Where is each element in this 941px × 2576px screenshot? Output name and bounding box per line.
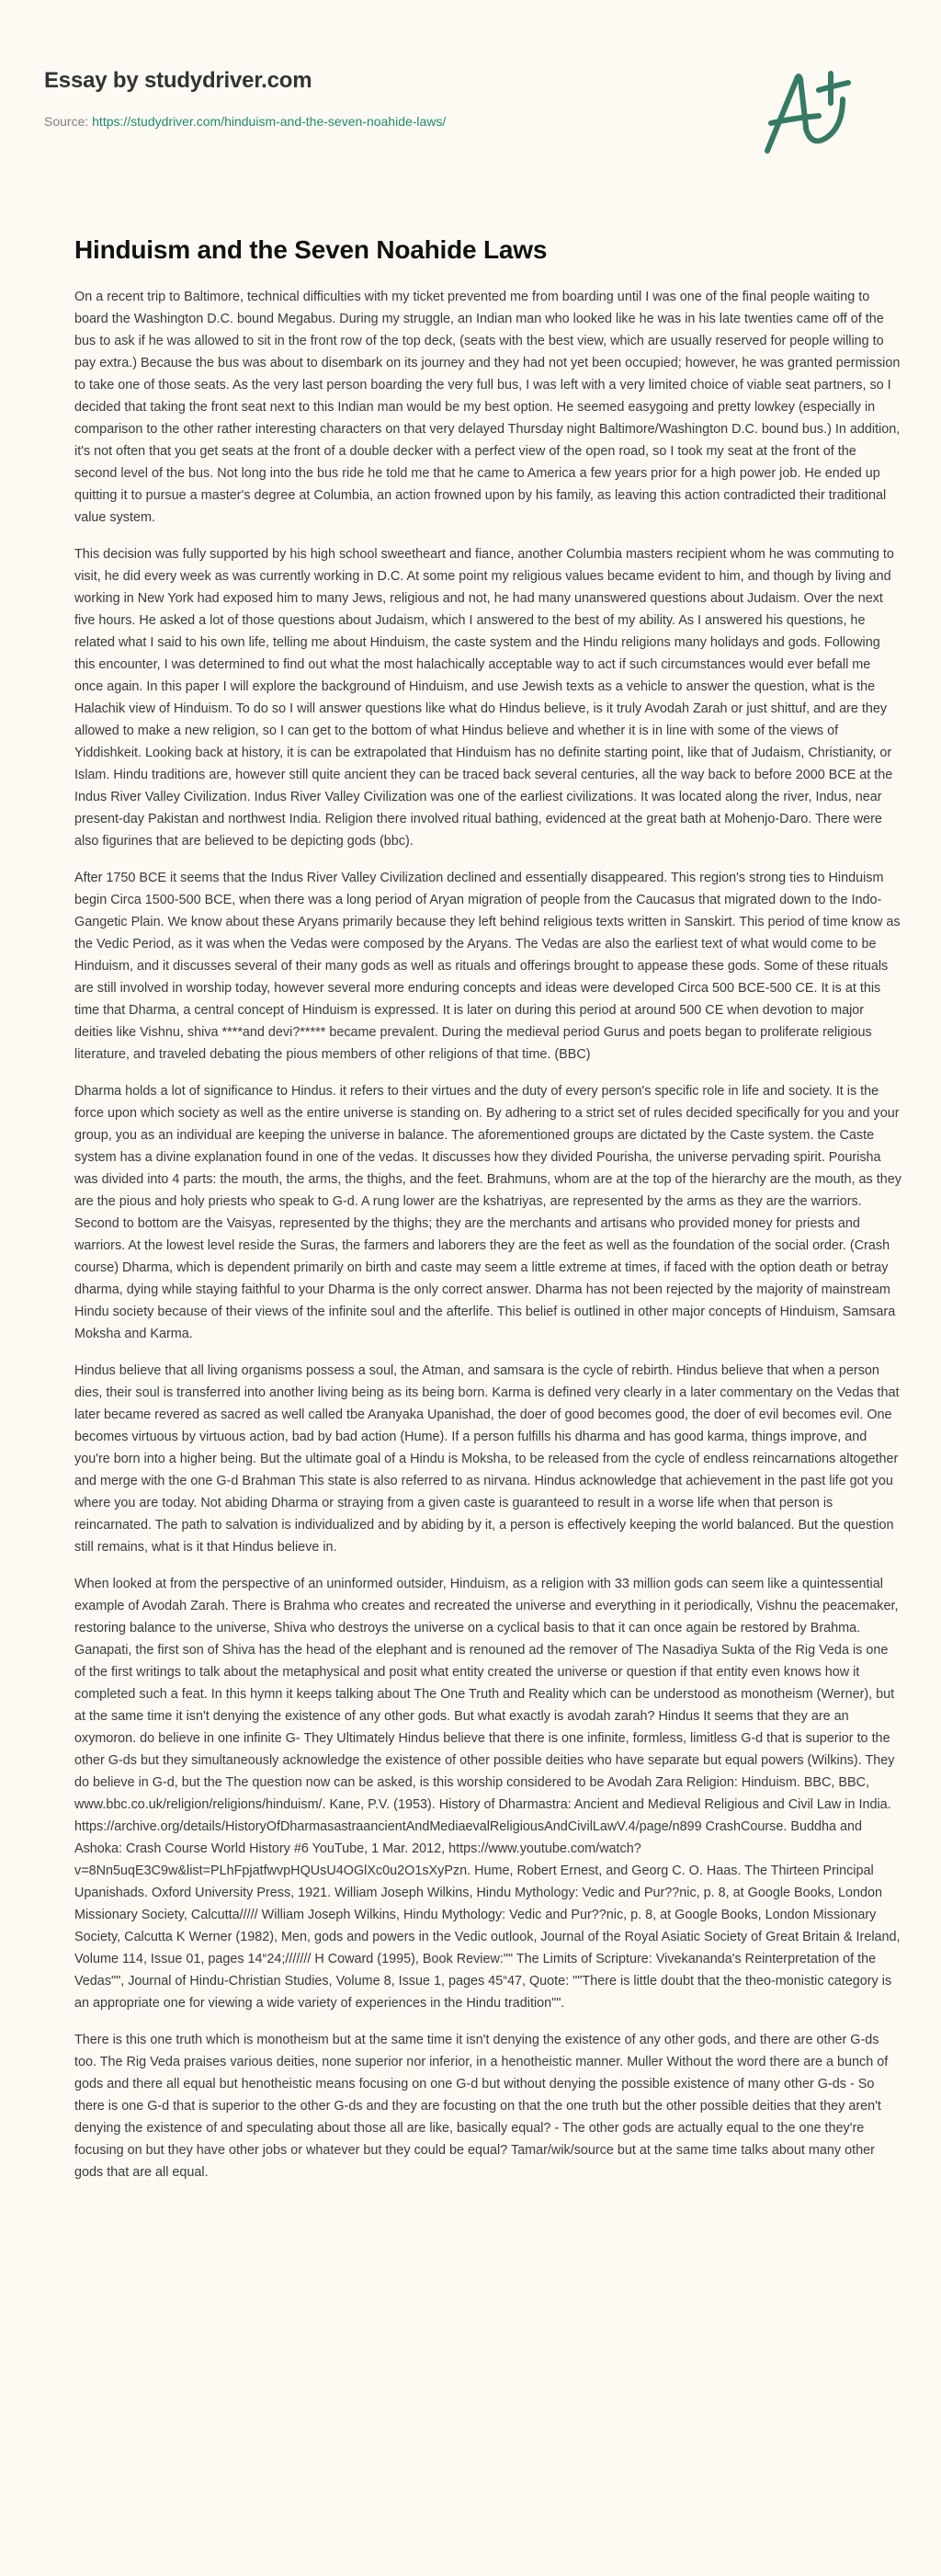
essay-paragraph: There is this one truth which is monothe… [74,2029,901,2183]
document-title: Hinduism and the Seven Noahide Laws [74,233,929,268]
page-header: Essay by studydriver.com Source: https:/… [0,0,941,211]
source-line: Source: https://studydriver.com/hinduism… [44,114,446,129]
essay-paragraph: After 1750 BCE it seems that the Indus R… [74,867,901,1066]
site-title: Essay by studydriver.com [44,68,312,94]
a-plus-logo-icon [758,63,887,154]
essay-paragraph: This decision was fully supported by his… [74,543,901,852]
essay-content: Hinduism and the Seven Noahide Laws On a… [74,233,929,2198]
essay-paragraph: Dharma holds a lot of significance to Hi… [74,1080,901,1345]
essay-paragraph: On a recent trip to Baltimore, technical… [74,286,901,529]
essay-paragraph: Hindus believe that all living organisms… [74,1360,901,1558]
source-link[interactable]: https://studydriver.com/hinduism-and-the… [92,114,446,129]
essay-paragraph: When looked at from the perspective of a… [74,1573,901,2014]
source-label: Source: [44,114,92,129]
